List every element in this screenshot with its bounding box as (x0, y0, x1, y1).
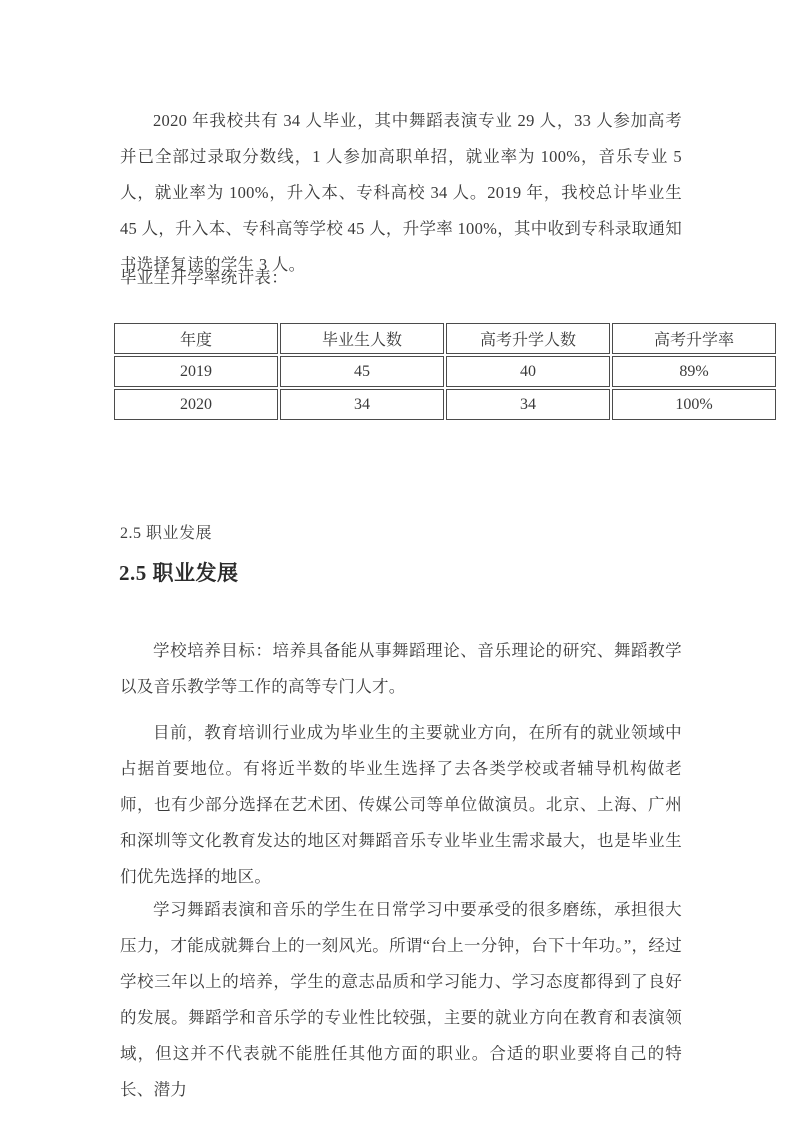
table-cell-year: 2020 (114, 389, 278, 420)
table-header-gaokao-rate: 高考升学率 (612, 323, 776, 354)
table-cell-gaokao-num: 40 (446, 356, 610, 387)
table-row: 2020 34 34 100% (114, 389, 776, 420)
intro-paragraph: 2020 年我校共有 34 人毕业，其中舞蹈表演专业 29 人，33 人参加高考… (120, 103, 682, 283)
employment-paragraph: 目前，教育培训行业成为毕业生的主要就业方向，在所有的就业领域中占据首要地位。有将… (120, 715, 682, 895)
table-cell-year: 2019 (114, 356, 278, 387)
table-header-row: 年度 毕业生人数 高考升学人数 高考升学率 (114, 323, 776, 354)
table-cell-gaokao-rate: 89% (612, 356, 776, 387)
table-cell-gaokao-num: 34 (446, 389, 610, 420)
section-heading-outline: 2.5 职业发展 (120, 523, 212, 545)
table-caption: 毕业生升学率统计表： (120, 267, 288, 289)
training-goal-paragraph: 学校培养目标：培养具备能从事舞蹈理论、音乐理论的研究、舞蹈教学以及音乐教学等工作… (120, 633, 682, 705)
table-cell-graduates: 34 (280, 389, 444, 420)
section-heading: 2.5 职业发展 (119, 559, 239, 587)
graduation-stats-table: 年度 毕业生人数 高考升学人数 高考升学率 2019 45 40 89% 202… (112, 321, 778, 422)
table-header-gaokao-num: 高考升学人数 (446, 323, 610, 354)
table-header-graduates: 毕业生人数 (280, 323, 444, 354)
table-cell-gaokao-rate: 100% (612, 389, 776, 420)
table-header-year: 年度 (114, 323, 278, 354)
table-row: 2019 45 40 89% (114, 356, 776, 387)
table-cell-graduates: 45 (280, 356, 444, 387)
training-paragraph: 学习舞蹈表演和音乐的学生在日常学习中要承受的很多磨练，承担很大压力，才能成就舞台… (120, 892, 682, 1108)
document-page: 2020 年我校共有 34 人毕业，其中舞蹈表演专业 29 人，33 人参加高考… (0, 0, 800, 1131)
